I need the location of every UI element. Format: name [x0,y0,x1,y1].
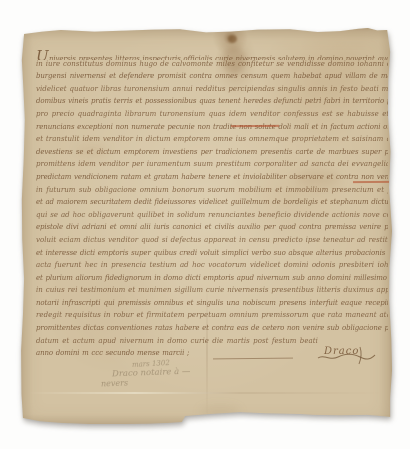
manuscript-line: promittens idem venditor per iuramentum … [36,160,388,173]
manuscript-line: et ad maiorem securitatem dedit fideiuss… [36,198,388,211]
parchment-shadow: Universis presentes litteras inspecturis… [20,28,392,426]
manuscript-line: renuncians exceptioni non numerate pecun… [36,123,388,136]
manuscript-line: in futurum sub obligacione omnium bonoru… [36,186,388,199]
manuscript-line: redegit requisitus in robur et firmitate… [36,311,388,324]
manuscript-line: pro precio quadraginta librarum turonens… [36,110,388,123]
manuscript-line: videlicet quatuor libras turonensium ann… [36,85,388,98]
manuscript-line: voluit eciam dictus venditor quod si def… [36,236,388,249]
red-underline-mark [231,125,279,127]
manuscript-parchment: Universis presentes litteras inspecturis… [20,28,392,426]
manuscript-line: et interesse dicti emptoris super quibus… [36,249,388,262]
manuscript-line: Universis presentes litteras inspecturis… [36,47,388,60]
manuscript-line: acta fuerunt hec in presencia testium ad… [36,261,388,274]
photo-background: Universis presentes litteras inspecturis… [0,0,410,449]
manuscript-line: in iure constitutus dominus hugo de calv… [36,60,388,73]
manuscript-line: devestiens se et dictum emptorem investi… [36,148,388,161]
manuscript-line: et plurium aliorum fidedignorum in domo … [36,274,388,287]
notary-signature: Draco [316,345,378,365]
parchment-crease-horizontal [28,392,384,394]
manuscript-line: notarii infrascripti qui premissis omnib… [36,299,388,312]
parchment-crease-vertical [206,286,208,418]
ink-stain-dot [228,35,237,43]
manuscript-line: in cuius rei testimonium et munimen sigi… [36,286,388,299]
manuscript-text-block: Universis presentes litteras inspecturis… [36,47,388,365]
manuscript-line: promittentes dictas conventiones ratas h… [36,324,388,337]
manuscript-line: qui se ad hoc obligaverunt quilibet in s… [36,211,388,224]
red-underline-mark [353,181,389,183]
signature-text: Draco [324,346,359,357]
pencil-annotation-place: nevers [101,379,128,389]
manuscript-line: epistole divi adriani et omni alii iuris… [36,223,388,236]
manuscript-line: et transtulit idem venditor in dictum em… [36,135,388,148]
manuscript-line: predictam vendicionem ratam et gratam ha… [36,173,388,186]
manuscript-line: burgensi nivernensi et defendere promisi… [36,72,388,85]
manuscript-line: domibus vineis pratis terris et possessi… [36,97,388,110]
pencil-annotation-notary: Draco notaire à — [112,367,191,380]
